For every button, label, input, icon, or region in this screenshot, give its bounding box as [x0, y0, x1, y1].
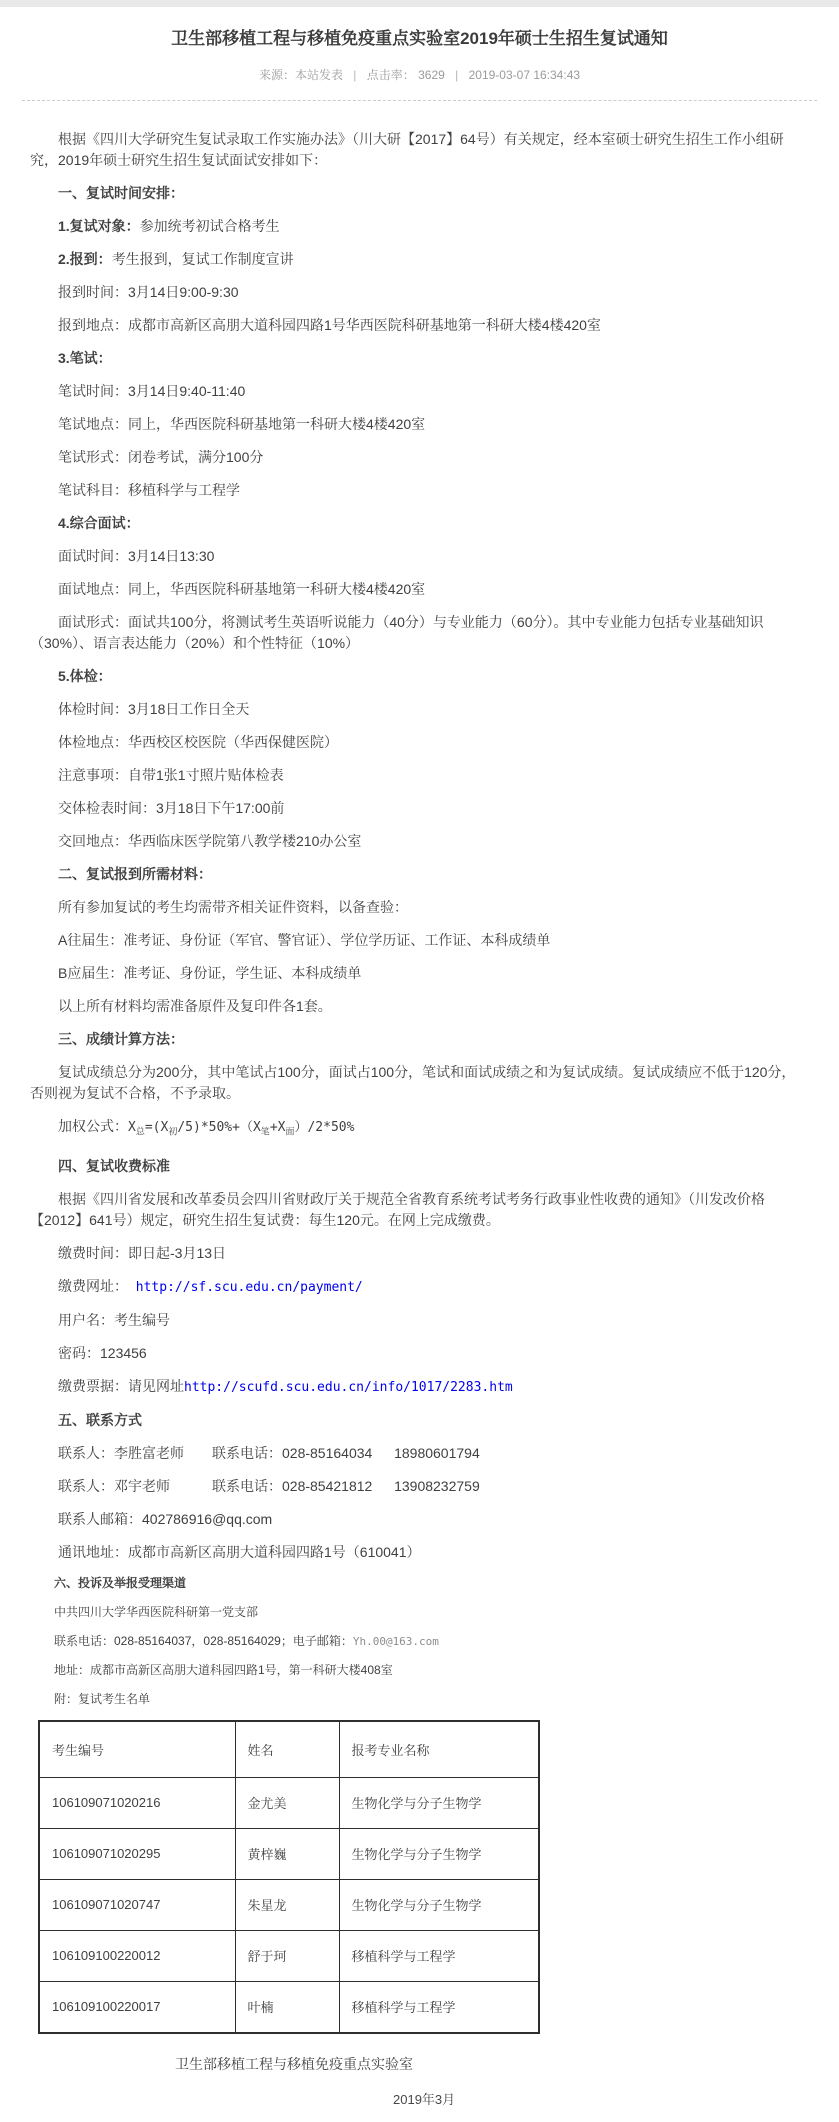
table-row: 106109071020747 朱星龙 生物化学与分子生物学	[39, 1879, 539, 1930]
payment-url-label: 缴费网址：	[58, 1278, 136, 1294]
candidate-name: 金尤美	[235, 1777, 339, 1828]
notice-page: 卫生部移植工程与移植免疫重点实验室2019年硕士生招生复试通知 来源：本站发表 …	[0, 7, 839, 2122]
item-physical-heading: 5.体检：	[30, 666, 809, 687]
column-header-major: 报考专业名称	[339, 1721, 539, 1778]
item-written-exam-heading: 3.笔试：	[30, 348, 809, 369]
article-header: 卫生部移植工程与移植免疫重点实验室2019年硕士生招生复试通知 来源：本站发表 …	[0, 7, 839, 101]
materials-fresh-grads: B应届生：准考证、身份证，学生证、本科成绩单	[30, 963, 809, 984]
section6-heading: 六、投诉及举报受理渠道	[30, 1575, 809, 1592]
top-gray-bar	[0, 0, 839, 7]
candidate-name: 叶楠	[235, 1981, 339, 2033]
complaint-org: 中共四川大学华西医院科研第一党支部	[30, 1604, 809, 1621]
candidate-name: 朱星龙	[235, 1879, 339, 1930]
receipt-label: 缴费票据：请见网址	[58, 1378, 184, 1394]
section1-heading: 一、复试时间安排：	[30, 183, 809, 204]
materials-previous-grads: A往届生：准考证、身份证（军官、警官证）、学位学历证、工作证、本科成绩单	[30, 930, 809, 951]
article-meta: 来源：本站发表 | 点击率： 3629 | 2019-03-07 16:34:4…	[10, 66, 829, 83]
meta-hit-count: 点击率： 3629	[367, 68, 445, 82]
receipt-line: 缴费票据：请见网址http://scufd.scu.edu.cn/info/10…	[30, 1376, 809, 1398]
section4-heading: 四、复试收费标准	[30, 1156, 809, 1177]
candidate-roster-table: 考生编号 姓名 报考专业名称 106109071020216 金尤美 生物化学与…	[38, 1720, 540, 2034]
article-body: 根据《四川大学研究生复试录取工作实施办法》（川大研【2017】64号）有关规定，…	[0, 101, 839, 2122]
written-exam-time: 笔试时间：3月14日9:40-11:40	[30, 381, 809, 402]
materials-intro: 所有参加复试的考生均需带齐相关证件资料，以备查验：	[30, 897, 809, 918]
weighted-formula: 加权公式：X总=(X初/5)*50%+（X笔+X面）/2*50%	[30, 1116, 809, 1144]
section3-heading: 三、成绩计算方法：	[30, 1029, 809, 1050]
score-rule: 复试成绩总分为200分，其中笔试占100分，面试占100分，笔试和面试成绩之和为…	[30, 1062, 809, 1104]
written-exam-subject: 笔试科目：移植科学与工程学	[30, 480, 809, 501]
payment-url-line: 缴费网址： http://sf.scu.edu.cn/payment/	[30, 1276, 809, 1298]
meta-source: 来源：本站发表	[259, 68, 343, 82]
interview-time: 面试时间：3月14日13:30	[30, 546, 809, 567]
item-interview-heading: 4.综合面试：	[30, 513, 809, 534]
formula-expression: X总=(X初/5)*50%+（X笔+X面）/2*50%	[128, 1120, 354, 1135]
table-row: 106109100220017 叶楠 移植科学与工程学	[39, 1981, 539, 2033]
fee-basis: 根据《四川省发展和改革委员会四川省财政厅关于规范全省教育系统考试考务行政事业性收…	[30, 1189, 809, 1231]
written-exam-place: 笔试地点：同上，华西医院科研基地第一科研大楼4楼420室	[30, 414, 809, 435]
signature-organization: 卫生部移植工程与移植免疫重点实验室	[175, 2054, 809, 2075]
candidate-major: 移植科学与工程学	[339, 1981, 539, 2033]
candidate-major: 生物化学与分子生物学	[339, 1777, 539, 1828]
payment-link[interactable]: http://sf.scu.edu.cn/payment/	[136, 1280, 363, 1295]
candidate-major: 生物化学与分子生物学	[339, 1879, 539, 1930]
candidate-major: 移植科学与工程学	[339, 1930, 539, 1981]
written-exam-form: 笔试形式：闭卷考试，满分100分	[30, 447, 809, 468]
item1-text: 参加统考初试合格考生	[140, 218, 280, 234]
candidate-id: 106109100220012	[39, 1930, 235, 1981]
physical-time: 体检时间：3月18日工作日全天	[30, 699, 809, 720]
candidate-major: 生物化学与分子生物学	[339, 1828, 539, 1879]
section2-heading: 二、复试报到所需材料：	[30, 864, 809, 885]
contact-email: 联系人邮箱：402786916@qq.com	[30, 1509, 809, 1530]
complaint-email: Yh.00@163.com	[353, 1635, 439, 1648]
payment-password: 密码：123456	[30, 1343, 809, 1364]
page-title: 卫生部移植工程与移植免疫重点实验室2019年硕士生招生复试通知	[10, 27, 829, 51]
contact-address: 通讯地址：成都市高新区高朋大道科园四路1号（610041）	[30, 1542, 809, 1563]
physical-submit-place: 交回地点：华西临床医学院第八教学楼210办公室	[30, 831, 809, 852]
registration-place: 报到地点：成都市高新区高朋大道科园四路1号华西医院科研基地第一科研大楼4楼420…	[30, 315, 809, 336]
interview-form: 面试形式：面试共100分，将测试考生英语听说能力（40分）与专业能力（60分）。…	[30, 612, 809, 654]
materials-note: 以上所有材料均需准备原件及复印件各1套。	[30, 996, 809, 1017]
item1-label: 1.复试对象：	[58, 218, 140, 234]
contact-person-2: 联系人：邓宇老师 联系电话：028-85421812 13908232759	[30, 1476, 809, 1497]
candidate-id: 106109071020747	[39, 1879, 235, 1930]
candidate-id: 106109071020295	[39, 1828, 235, 1879]
item2-label: 2.报到：	[58, 251, 112, 267]
contact-person-1: 联系人：李胜富老师 联系电话：028-85164034 18980601794	[30, 1443, 809, 1464]
receipt-link[interactable]: http://scufd.scu.edu.cn/info/1017/2283.h…	[184, 1380, 513, 1395]
item2-text: 考生报到，复试工作制度宣讲	[112, 251, 294, 267]
intro-paragraph: 根据《四川大学研究生复试录取工作实施办法》（川大研【2017】64号）有关规定，…	[30, 129, 809, 171]
candidate-id: 106109100220017	[39, 1981, 235, 2033]
payment-time: 缴费时间：即日起-3月13日	[30, 1243, 809, 1264]
attachment-label: 附：复试考生名单	[30, 1691, 809, 1708]
meta-separator: |	[353, 68, 356, 82]
column-header-name: 姓名	[235, 1721, 339, 1778]
candidate-name: 舒于珂	[235, 1930, 339, 1981]
candidate-name: 黄梓巍	[235, 1828, 339, 1879]
physical-submit-time: 交体检表时间：3月18日下午17:00前	[30, 798, 809, 819]
physical-place: 体检地点：华西校区校医院（华西保健医院）	[30, 732, 809, 753]
complaint-phone-label: 联系电话：028-85164037，028-85164029；电子邮箱：	[54, 1634, 353, 1648]
table-row: 106109071020295 黄梓巍 生物化学与分子生物学	[39, 1828, 539, 1879]
table-row: 106109100220012 舒于珂 移植科学与工程学	[39, 1930, 539, 1981]
candidate-id: 106109071020216	[39, 1777, 235, 1828]
physical-note: 注意事项：自带1张1寸照片贴体检表	[30, 765, 809, 786]
column-header-candidate-id: 考生编号	[39, 1721, 235, 1778]
payment-username: 用户名：考生编号	[30, 1310, 809, 1331]
meta-timestamp: 2019-03-07 16:34:43	[469, 68, 580, 82]
formula-label: 加权公式：	[58, 1118, 128, 1134]
complaint-address: 地址：成都市高新区高朋大道科园四路1号，第一科研大楼408室	[30, 1662, 809, 1679]
item-registration: 2.报到：考生报到，复试工作制度宣讲	[30, 249, 809, 270]
section5-heading: 五、联系方式	[30, 1410, 809, 1431]
meta-separator: |	[455, 68, 458, 82]
complaint-phone-line: 联系电话：028-85164037，028-85164029；电子邮箱：Yh.0…	[30, 1633, 809, 1650]
table-header-row: 考生编号 姓名 报考专业名称	[39, 1721, 539, 1778]
registration-time: 报到时间：3月14日9:00-9:30	[30, 282, 809, 303]
item-retest-target: 1.复试对象：参加统考初试合格考生	[30, 216, 809, 237]
interview-place: 面试地点：同上，华西医院科研基地第一科研大楼4楼420室	[30, 579, 809, 600]
table-row: 106109071020216 金尤美 生物化学与分子生物学	[39, 1777, 539, 1828]
